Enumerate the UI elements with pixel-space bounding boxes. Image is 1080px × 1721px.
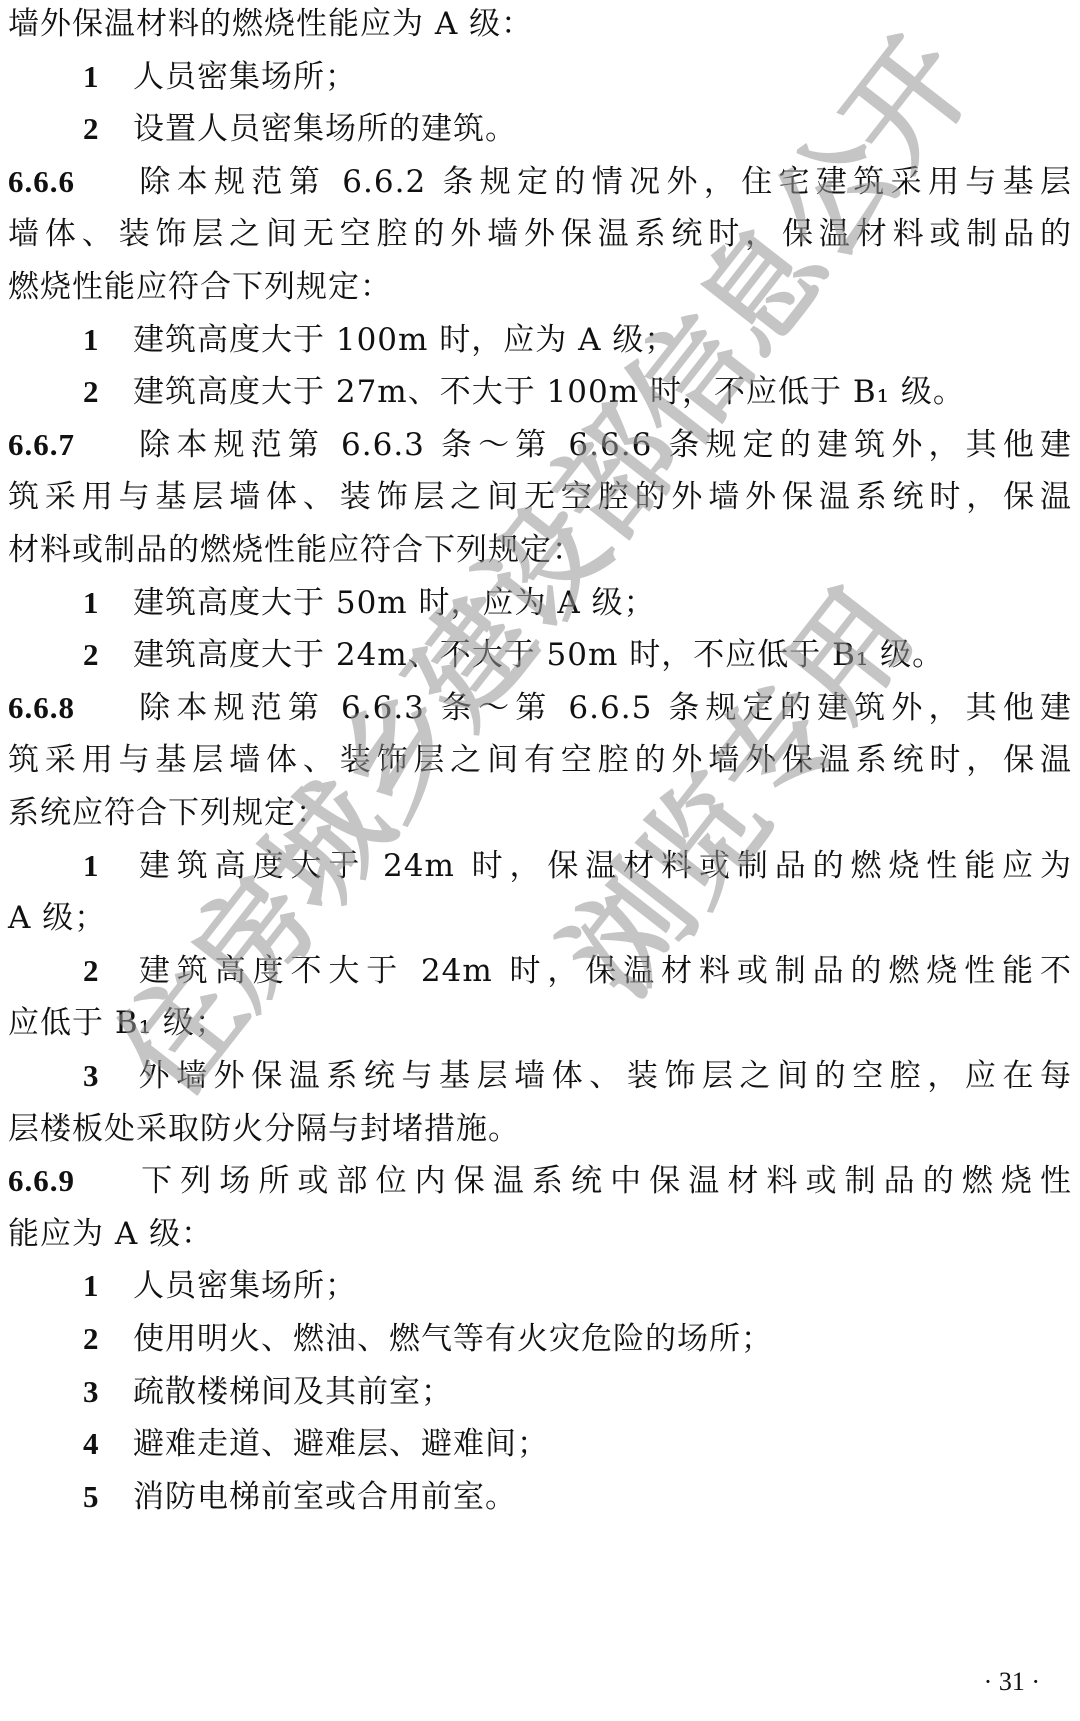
line-text: 墙外保温材料的燃烧性能应为 A 级： bbox=[8, 6, 533, 42]
clause-line: 6.6.8除本规范第 6.6.3 条～第 6.6.5 条规定的建筑外，其他建 bbox=[8, 688, 1072, 728]
line-text: 疏散楼梯间及其前室； bbox=[133, 1374, 453, 1410]
line-text: 能应为 A 级： bbox=[8, 1216, 213, 1252]
line-text: 使用明火、燃油、燃气等有火灾危险的场所； bbox=[133, 1321, 773, 1357]
clause-line: 6.6.6除本规范第 6.6.2 条规定的情况外，住宅建筑采用与基层 bbox=[8, 162, 1072, 202]
list-item: 3外墙外保温系统与基层墙体、装饰层之间的空腔，应在每 bbox=[83, 1056, 1072, 1096]
item-number: 1 bbox=[83, 1266, 133, 1306]
line-text: 人员密集场所； bbox=[133, 59, 357, 95]
list-item: 2使用明火、燃油、燃气等有火灾危险的场所； bbox=[83, 1319, 1072, 1359]
item-number: 4 bbox=[83, 1424, 133, 1464]
list-item: 3疏散楼梯间及其前室； bbox=[83, 1372, 1072, 1412]
list-item: 2设置人员密集场所的建筑。 bbox=[83, 109, 1072, 149]
line-text: 外墙外保温系统与基层墙体、装饰层之间的空腔，应在每 bbox=[133, 1058, 1072, 1094]
line-text: 人员密集场所； bbox=[133, 1268, 357, 1304]
text-line: 筑采用与基层墙体、装饰层之间有空腔的外墙外保温系统时，保温 bbox=[8, 740, 1072, 780]
list-item: 1人员密集场所； bbox=[83, 1266, 1072, 1306]
line-text: 建筑高度大于 27m、不大于 100m 时，不应低于 B₁ 级。 bbox=[133, 374, 965, 410]
line-text: 建筑高度不大于 24m 时，保温材料或制品的燃烧性能不 bbox=[133, 953, 1072, 989]
list-item: 1建筑高度大于 50m 时，应为 A 级； bbox=[83, 583, 1072, 623]
line-text: 筑采用与基层墙体、装饰层之间有空腔的外墙外保温系统时，保温 bbox=[8, 742, 1072, 778]
text-line: 墙外保温材料的燃烧性能应为 A 级： bbox=[8, 4, 1072, 44]
item-number: 2 bbox=[83, 635, 133, 675]
line-text: 下列场所或部位内保温系统中保温材料或制品的燃烧性 bbox=[134, 1163, 1072, 1199]
list-item: 1建筑高度大于 100m 时，应为 A 级； bbox=[83, 320, 1072, 360]
line-text: 消防电梯前室或合用前室。 bbox=[133, 1479, 517, 1515]
line-text: 除本规范第 6.6.2 条规定的情况外，住宅建筑采用与基层 bbox=[134, 164, 1072, 200]
text-line: 系统应符合下列规定： bbox=[8, 793, 1072, 833]
line-text: A 级； bbox=[8, 900, 106, 936]
line-text: 建筑高度大于 50m 时，应为 A 级； bbox=[133, 585, 656, 621]
text-line: 能应为 A 级： bbox=[8, 1214, 1072, 1254]
line-text: 层楼板处采取防火分隔与封堵措施。 bbox=[8, 1111, 520, 1147]
text-line: 应低于 B₁ 级； bbox=[8, 1003, 1072, 1043]
item-number: 2 bbox=[83, 951, 133, 991]
document-page: 墙外保温材料的燃烧性能应为 A 级：1人员密集场所；2设置人员密集场所的建筑。6… bbox=[0, 0, 1080, 1721]
list-item: 1建筑高度大于 24m 时，保温材料或制品的燃烧性能应为 bbox=[83, 846, 1072, 886]
line-text: 燃烧性能应符合下列规定： bbox=[8, 269, 392, 305]
clause-number: 6.6.8 bbox=[8, 688, 134, 728]
line-text: 建筑高度大于 24m 时，保温材料或制品的燃烧性能应为 bbox=[133, 848, 1072, 884]
clause-number: 6.6.7 bbox=[8, 425, 134, 465]
clause-line: 6.6.7除本规范第 6.6.3 条～第 6.6.6 条规定的建筑外，其他建 bbox=[8, 425, 1072, 465]
line-text: 筑采用与基层墙体、装饰层之间无空腔的外墙外保温系统时，保温 bbox=[8, 479, 1072, 515]
text-line: 材料或制品的燃烧性能应符合下列规定： bbox=[8, 530, 1072, 570]
line-text: 建筑高度大于 24m、不大于 50m 时，不应低于 B₁ 级。 bbox=[133, 637, 944, 673]
item-number: 3 bbox=[83, 1372, 133, 1412]
text-line: 墙体、装饰层之间无空腔的外墙外保温系统时，保温材料或制品的 bbox=[8, 214, 1072, 254]
list-item: 4避难走道、避难层、避难间； bbox=[83, 1424, 1072, 1464]
line-text: 材料或制品的燃烧性能应符合下列规定： bbox=[8, 532, 584, 568]
line-text: 应低于 B₁ 级； bbox=[8, 1005, 227, 1041]
item-number: 1 bbox=[83, 57, 133, 97]
line-text: 墙体、装饰层之间无空腔的外墙外保温系统时，保温材料或制品的 bbox=[8, 216, 1072, 252]
list-item: 2建筑高度不大于 24m 时，保温材料或制品的燃烧性能不 bbox=[83, 951, 1072, 991]
clause-number: 6.6.6 bbox=[8, 162, 134, 202]
text-line: 筑采用与基层墙体、装饰层之间无空腔的外墙外保温系统时，保温 bbox=[8, 477, 1072, 517]
item-number: 5 bbox=[83, 1477, 133, 1517]
line-text: 系统应符合下列规定： bbox=[8, 795, 328, 831]
text-line: 层楼板处采取防火分隔与封堵措施。 bbox=[8, 1109, 1072, 1149]
item-number: 2 bbox=[83, 1319, 133, 1359]
item-number: 2 bbox=[83, 372, 133, 412]
item-number: 1 bbox=[83, 320, 133, 360]
line-text: 除本规范第 6.6.3 条～第 6.6.6 条规定的建筑外，其他建 bbox=[134, 427, 1072, 463]
list-item: 2建筑高度大于 27m、不大于 100m 时，不应低于 B₁ 级。 bbox=[83, 372, 1072, 412]
list-item: 5消防电梯前室或合用前室。 bbox=[83, 1477, 1072, 1517]
clause-line: 6.6.9下列场所或部位内保温系统中保温材料或制品的燃烧性 bbox=[8, 1161, 1072, 1201]
line-text: 除本规范第 6.6.3 条～第 6.6.5 条规定的建筑外，其他建 bbox=[134, 690, 1072, 726]
line-text: 设置人员密集场所的建筑。 bbox=[133, 111, 517, 147]
page-number: · 31 · bbox=[984, 1667, 1040, 1697]
list-item: 2建筑高度大于 24m、不大于 50m 时，不应低于 B₁ 级。 bbox=[83, 635, 1072, 675]
text-line: A 级； bbox=[8, 898, 1072, 938]
text-line: 燃烧性能应符合下列规定： bbox=[8, 267, 1072, 307]
line-text: 建筑高度大于 100m 时，应为 A 级； bbox=[133, 322, 676, 358]
line-text: 避难走道、避难层、避难间； bbox=[133, 1426, 549, 1462]
clause-number: 6.6.9 bbox=[8, 1161, 134, 1201]
item-number: 1 bbox=[83, 846, 133, 886]
item-number: 1 bbox=[83, 583, 133, 623]
item-number: 3 bbox=[83, 1056, 133, 1096]
list-item: 1人员密集场所； bbox=[83, 57, 1072, 97]
item-number: 2 bbox=[83, 109, 133, 149]
